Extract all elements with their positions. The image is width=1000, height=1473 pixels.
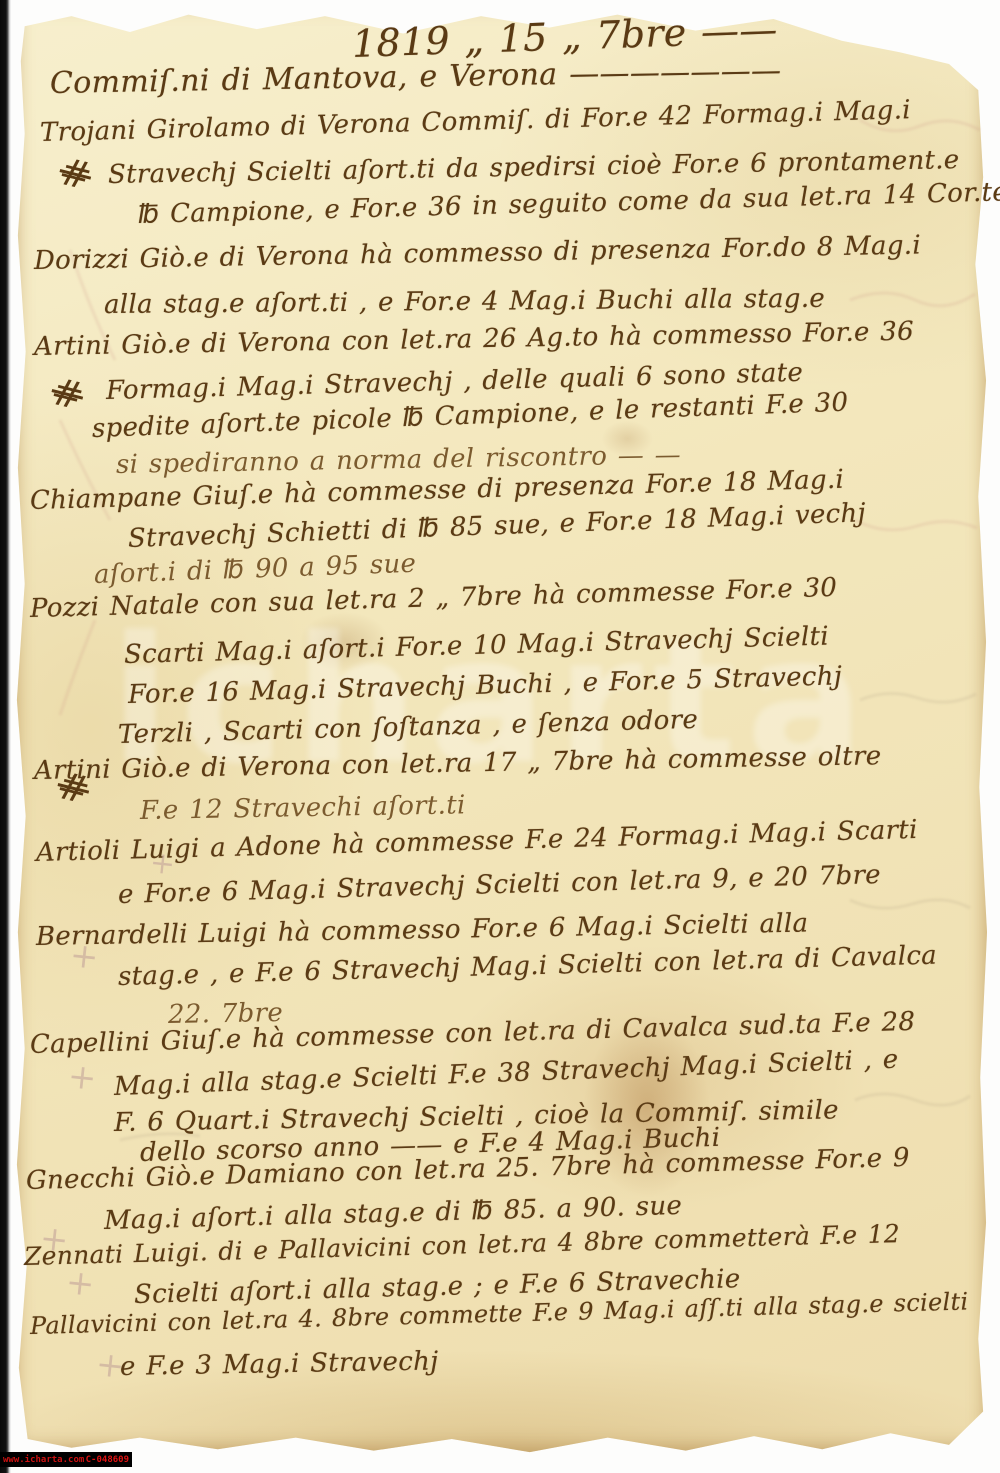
manuscript-line: alla stag.e aſort.ti , e For.e 4 Mag.i B… [104, 284, 825, 320]
ink-hash-mark: # [55, 149, 97, 199]
manuscript-line: F.e 12 Stravechi aſort.ti [140, 790, 466, 826]
pencil-cross-mark: + [66, 1056, 99, 1099]
pencil-cross-mark: + [94, 1344, 127, 1387]
archive-code-label: C-048609 [86, 1455, 129, 1465]
pencil-cross-mark: + [68, 935, 101, 978]
manuscript-line: aſort.i di ℔ 90 a 95 sue [93, 549, 416, 590]
archive-watermark-bar: www.icharta.com C-048609 [0, 1452, 132, 1467]
manuscript-line: Trojani Girolamo di Verona Commiſ. di Fo… [40, 95, 912, 148]
manuscript-line: For.e 16 Mag.i Stravechj Buchi , e For.e… [128, 661, 843, 710]
commissions-title: Commiſ.ni di Mantova, e Verona ——————— [50, 53, 782, 101]
manuscript-line: Terzli , Scarti con ſoſtanza , e ſenza o… [118, 705, 699, 750]
scanned-manuscript-page: icharta 1819 „ 15 „ 7bre ——Commiſ.ni di … [0, 0, 1000, 1473]
text-layer: 1819 „ 15 „ 7bre ——Commiſ.ni di Mantova,… [0, 0, 1000, 1473]
pencil-cross-mark: + [148, 845, 177, 882]
manuscript-line: Artini Giò.e di Verona con let.ra 26 Ag.… [34, 317, 914, 362]
pencil-cross-mark: + [64, 1262, 97, 1305]
ink-hash-mark: # [47, 369, 89, 419]
manuscript-line: Scarti Mag.i aſort.i For.e 10 Mag.i Stra… [124, 622, 830, 670]
manuscript-line: e For.e 6 Mag.i Stravechj Scielti con le… [118, 860, 882, 910]
manuscript-line: Bernardelli Luigi hà commesso For.e 6 Ma… [36, 909, 809, 952]
manuscript-line: e F.e 3 Mag.i Stravechj [120, 1346, 439, 1382]
manuscript-line: Dorizzi Giò.e di Verona hà commesso di p… [34, 231, 921, 276]
archive-site-label: www.icharta.com [3, 1455, 84, 1465]
pencil-cross-mark: + [38, 1218, 71, 1261]
